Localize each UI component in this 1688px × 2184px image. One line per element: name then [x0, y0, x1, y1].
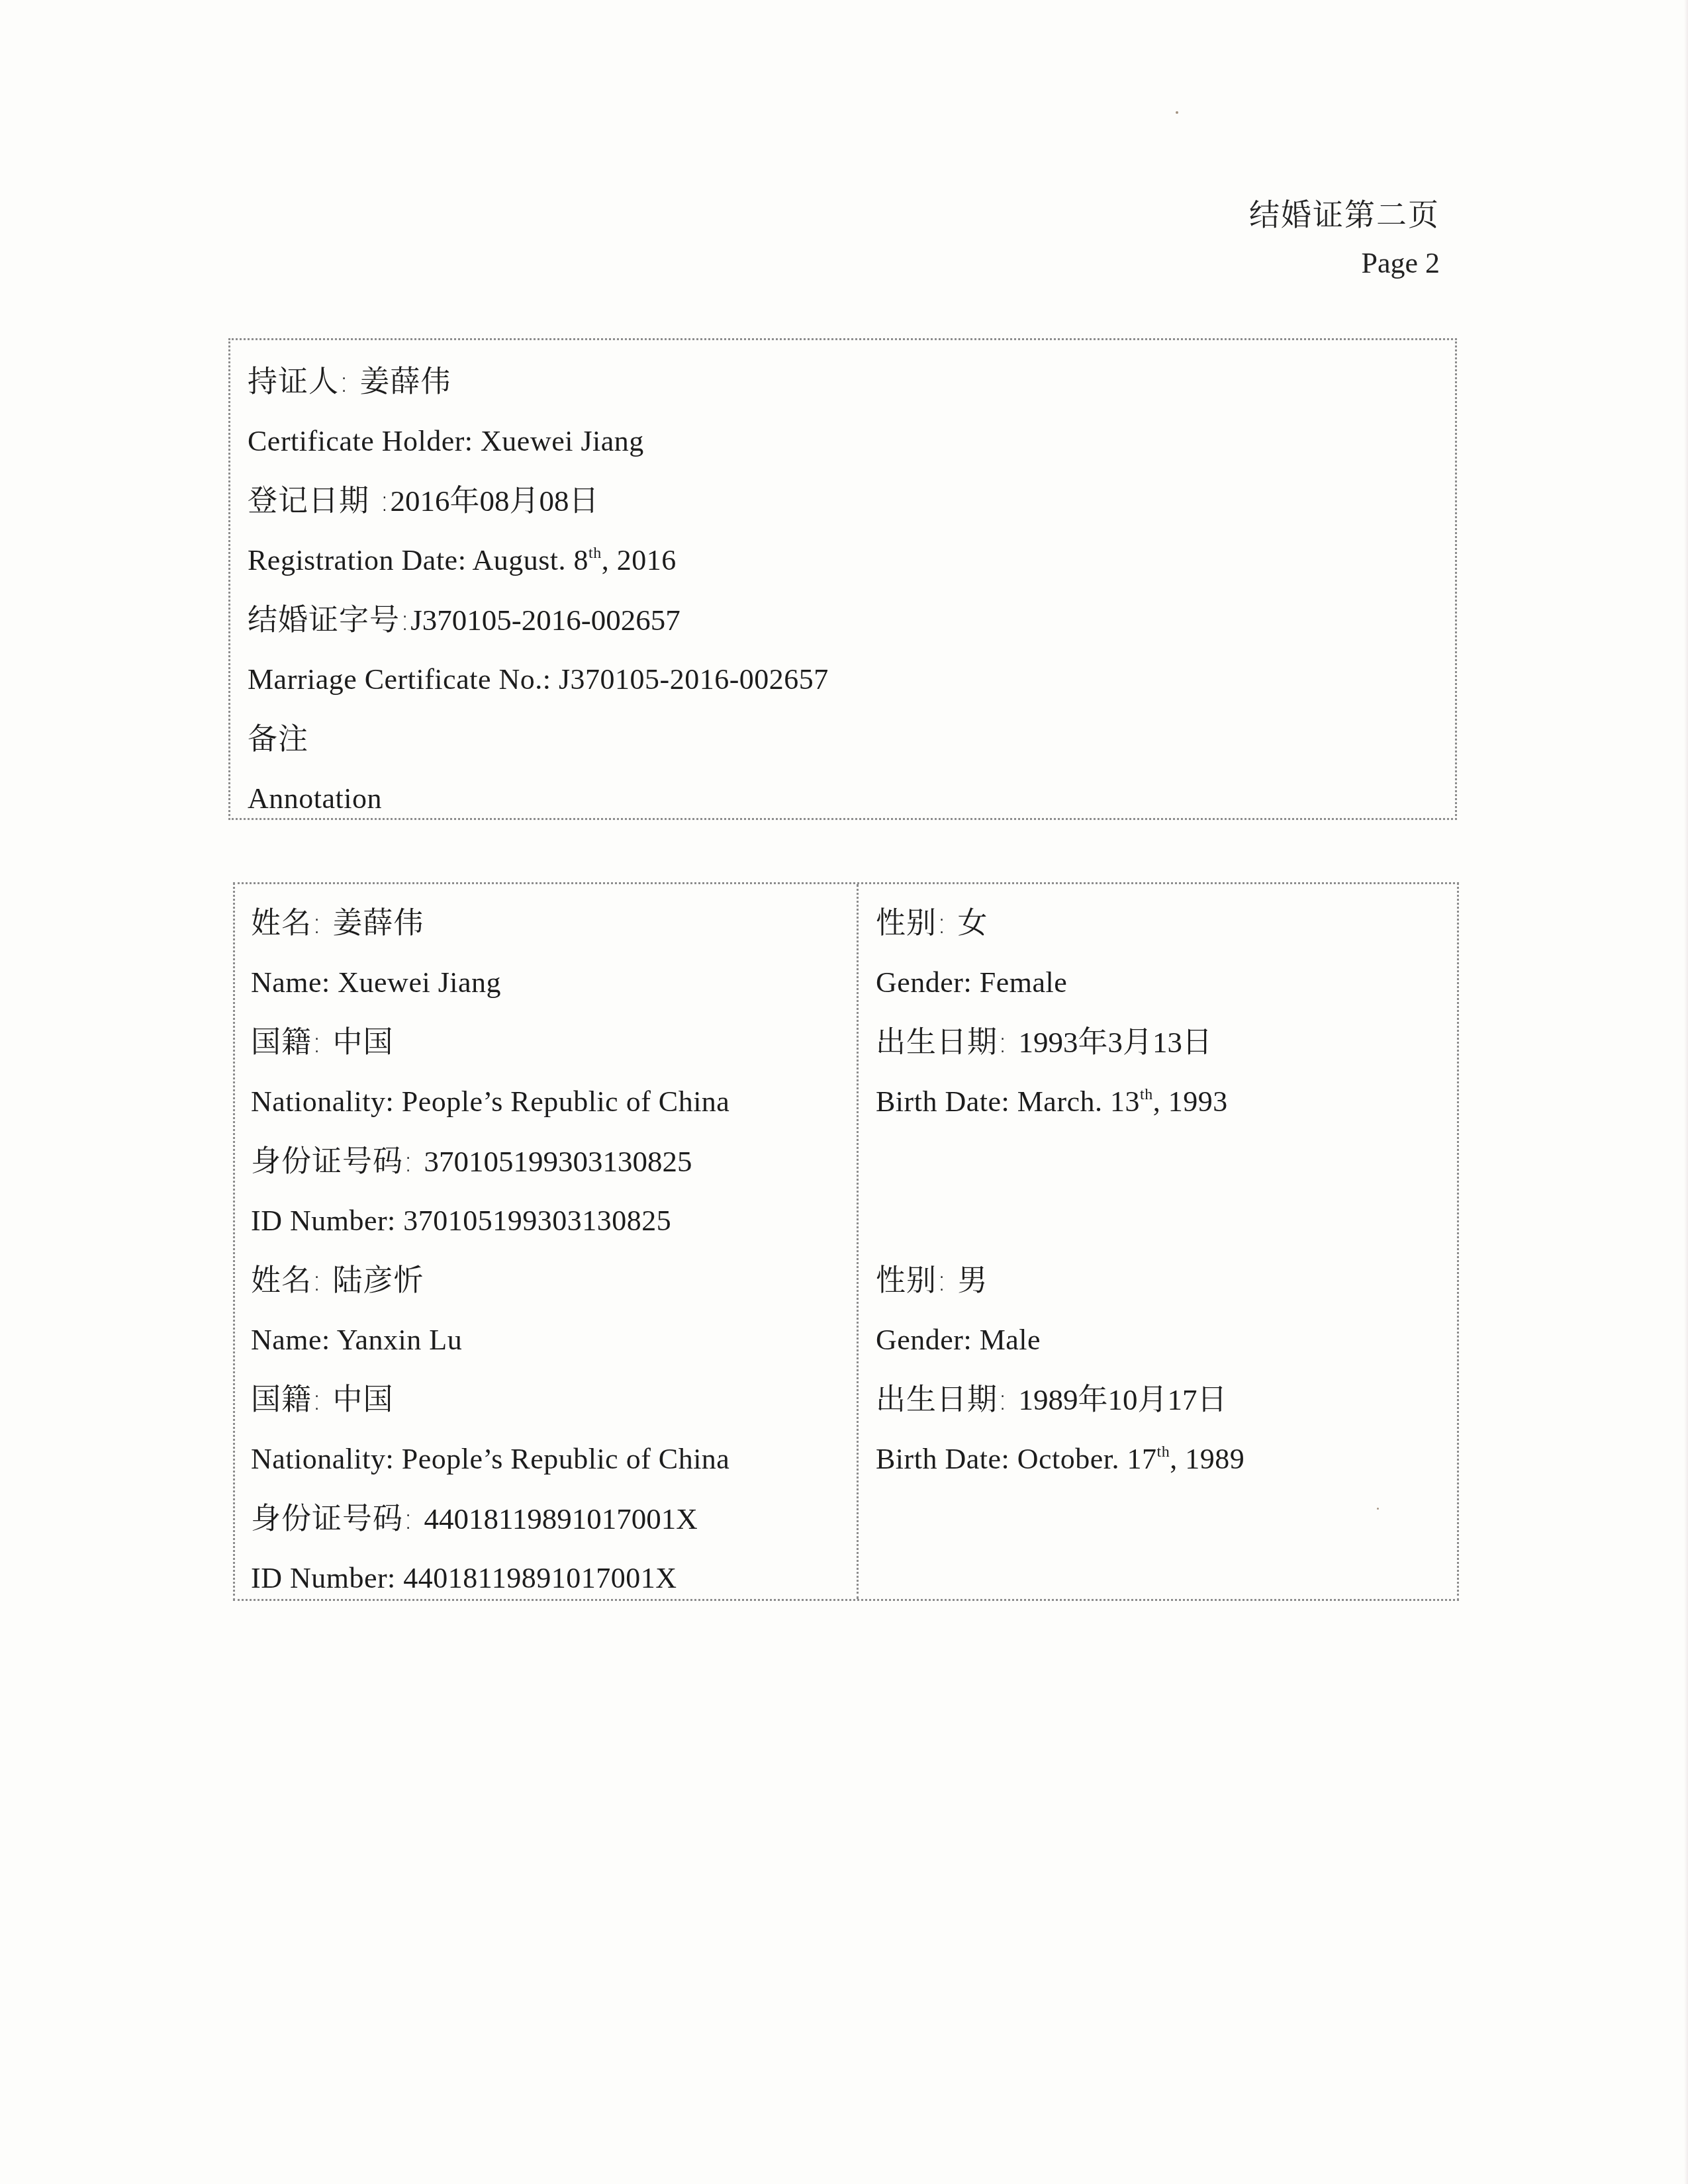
holder-zh-line: 持证人: 姜薛伟	[248, 352, 1438, 412]
gender-zh-value: 女	[957, 905, 988, 940]
birth-en-label: Birth Date:	[876, 1443, 1009, 1475]
reg-date-zh-line: 登记日期 :2016年08月08日	[248, 471, 1438, 531]
holder-en-line: Certificate Holder: Xuewei Jiang	[248, 412, 1438, 471]
holder-zh-label: 持证人:	[248, 364, 350, 399]
birth-zh-value: 1993年3月13日	[1018, 1026, 1212, 1059]
reg-date-en-value-year: , 2016	[602, 544, 677, 576]
person2-gender-zh-line: 性别: 男	[876, 1251, 1441, 1310]
person1-nationality-zh-line: 国籍: 中国	[251, 1013, 841, 1072]
person1-id-en-line: ID Number: 370105199303130825	[251, 1191, 841, 1251]
reg-date-zh-label: 登记日期 :	[248, 483, 390, 518]
person1-name-en-line: Name: Xuewei Jiang	[251, 953, 841, 1013]
nationality-zh-value: 中国	[332, 1024, 393, 1060]
gender-en-value: Male	[980, 1324, 1041, 1356]
gender-zh-value: 男	[957, 1263, 988, 1298]
name-en-value: Yanxin Lu	[337, 1324, 463, 1356]
persons-table: 姓名: 姜薛伟 Name: Xuewei Jiang 国籍: 中国 Nation…	[233, 882, 1459, 1601]
id-zh-value: 370105199303130825	[424, 1145, 692, 1178]
person2-name-en-line: Name: Yanxin Lu	[251, 1310, 841, 1370]
reg-date-zh-value: 2016年08月08日	[390, 484, 598, 518]
person2-birth-en-line: Birth Date: October. 17th, 1989	[876, 1430, 1441, 1489]
nationality-zh-label: 国籍:	[251, 1024, 322, 1060]
birth-en-label: Birth Date:	[876, 1085, 1009, 1118]
birth-en-value-main: March. 13	[1017, 1085, 1140, 1118]
cert-no-en-line: Marriage Certificate No.: J370105-2016-0…	[248, 650, 1438, 709]
reg-date-en-value: August. 8th, 2016	[472, 544, 676, 576]
annotation-en-label: Annotation	[248, 769, 1438, 829]
id-en-value: 370105199303130825	[403, 1205, 671, 1237]
holder-en-label: Certificate Holder:	[248, 425, 473, 457]
column-spacer	[876, 1132, 1441, 1251]
page-edge-shadow	[1684, 0, 1688, 2184]
gender-en-label: Gender:	[876, 1324, 972, 1356]
id-en-label: ID Number:	[251, 1562, 396, 1594]
nationality-zh-value: 中国	[332, 1382, 393, 1417]
birth-en-value: October. 17th, 1989	[1017, 1443, 1244, 1475]
person2-nationality-en-line: Nationality: People’s Republic of China	[251, 1430, 841, 1489]
cert-no-zh-value: J370105-2016-002657	[410, 604, 680, 637]
scan-speck	[1176, 111, 1178, 114]
person1-gender-zh-line: 性别: 女	[876, 893, 1441, 953]
birth-en-value-year: , 1993	[1153, 1085, 1228, 1118]
holder-en-value: Xuewei Jiang	[481, 425, 644, 457]
nationality-zh-label: 国籍:	[251, 1382, 322, 1417]
person1-gender-en-line: Gender: Female	[876, 953, 1441, 1013]
nationality-en-label: Nationality:	[251, 1443, 394, 1475]
gender-en-value: Female	[980, 966, 1068, 999]
persons-left-column: 姓名: 姜薛伟 Name: Xuewei Jiang 国籍: 中国 Nation…	[235, 884, 859, 1599]
gender-zh-label: 性别:	[876, 905, 947, 940]
birth-en-value: March. 13th, 1993	[1017, 1085, 1228, 1118]
person1-name-zh-line: 姓名: 姜薛伟	[251, 893, 841, 953]
person2-name-zh-line: 姓名: 陆彦忻	[251, 1251, 841, 1310]
cert-no-en-label: Marriage Certificate No.:	[248, 663, 551, 696]
name-en-label: Name:	[251, 966, 330, 999]
person2-nationality-zh-line: 国籍: 中国	[251, 1370, 841, 1430]
ordinal-suffix: th	[1140, 1086, 1153, 1103]
person2-birth-zh-line: 出生日期: 1989年10月17日	[876, 1370, 1441, 1430]
name-en-value: Xuewei Jiang	[338, 966, 501, 999]
person2-gender-en-line: Gender: Male	[876, 1310, 1441, 1370]
certificate-holder-box: 持证人: 姜薛伟 Certificate Holder: Xuewei Jian…	[228, 338, 1457, 820]
person1-birth-zh-line: 出生日期: 1993年3月13日	[876, 1013, 1441, 1072]
person1-nationality-en-line: Nationality: People’s Republic of China	[251, 1072, 841, 1132]
reg-date-en-value-main: August. 8	[472, 544, 588, 576]
reg-date-en-line: Registration Date: August. 8th, 2016	[248, 531, 1438, 590]
persons-right-column: 性别: 女 Gender: Female 出生日期: 1993年3月13日 Bi…	[859, 884, 1457, 1599]
person2-id-en-line: ID Number: 44018119891017001X	[251, 1549, 841, 1608]
page-number: Page 2	[1249, 242, 1440, 285]
cert-no-zh-label: 结婚证字号:	[248, 602, 410, 637]
ordinal-suffix: th	[1157, 1443, 1170, 1461]
gender-zh-label: 性别:	[876, 1263, 947, 1298]
nationality-en-value: People’s Republic of China	[402, 1443, 730, 1475]
page-title-zh: 结婚证第二页	[1249, 193, 1440, 236]
birth-zh-label: 出生日期:	[876, 1382, 1008, 1417]
holder-zh-value: 姜薛伟	[359, 364, 451, 399]
nationality-en-value: People’s Republic of China	[402, 1085, 730, 1118]
id-zh-label: 身份证号码:	[251, 1501, 414, 1536]
birth-zh-value: 1989年10月17日	[1018, 1383, 1227, 1416]
birth-en-value-main: October. 17	[1017, 1443, 1157, 1475]
person2-id-zh-line: 身份证号码: 44018119891017001X	[251, 1489, 841, 1549]
nationality-en-label: Nationality:	[251, 1085, 394, 1118]
gender-en-label: Gender:	[876, 966, 972, 999]
id-zh-label: 身份证号码:	[251, 1144, 414, 1179]
annotation-zh-label: 备注	[248, 709, 1438, 769]
reg-date-en-label: Registration Date:	[248, 544, 466, 576]
name-zh-label: 姓名:	[251, 905, 322, 940]
page-header: 结婚证第二页 Page 2	[1249, 193, 1440, 285]
id-en-value: 44018119891017001X	[403, 1562, 677, 1594]
name-zh-label: 姓名:	[251, 1263, 322, 1298]
person1-birth-en-line: Birth Date: March. 13th, 1993	[876, 1072, 1441, 1132]
cert-no-en-value: J370105-2016-002657	[559, 663, 829, 696]
name-zh-value: 陆彦忻	[332, 1263, 424, 1298]
id-en-label: ID Number:	[251, 1205, 396, 1237]
ordinal-suffix: th	[588, 545, 602, 562]
cert-no-zh-line: 结婚证字号:J370105-2016-002657	[248, 590, 1438, 650]
name-en-label: Name:	[251, 1324, 330, 1356]
birth-en-value-year: , 1989	[1170, 1443, 1244, 1475]
id-zh-value: 44018119891017001X	[424, 1502, 697, 1535]
birth-zh-label: 出生日期:	[876, 1024, 1008, 1060]
person1-id-zh-line: 身份证号码: 370105199303130825	[251, 1132, 841, 1191]
name-zh-value: 姜薛伟	[332, 905, 424, 940]
